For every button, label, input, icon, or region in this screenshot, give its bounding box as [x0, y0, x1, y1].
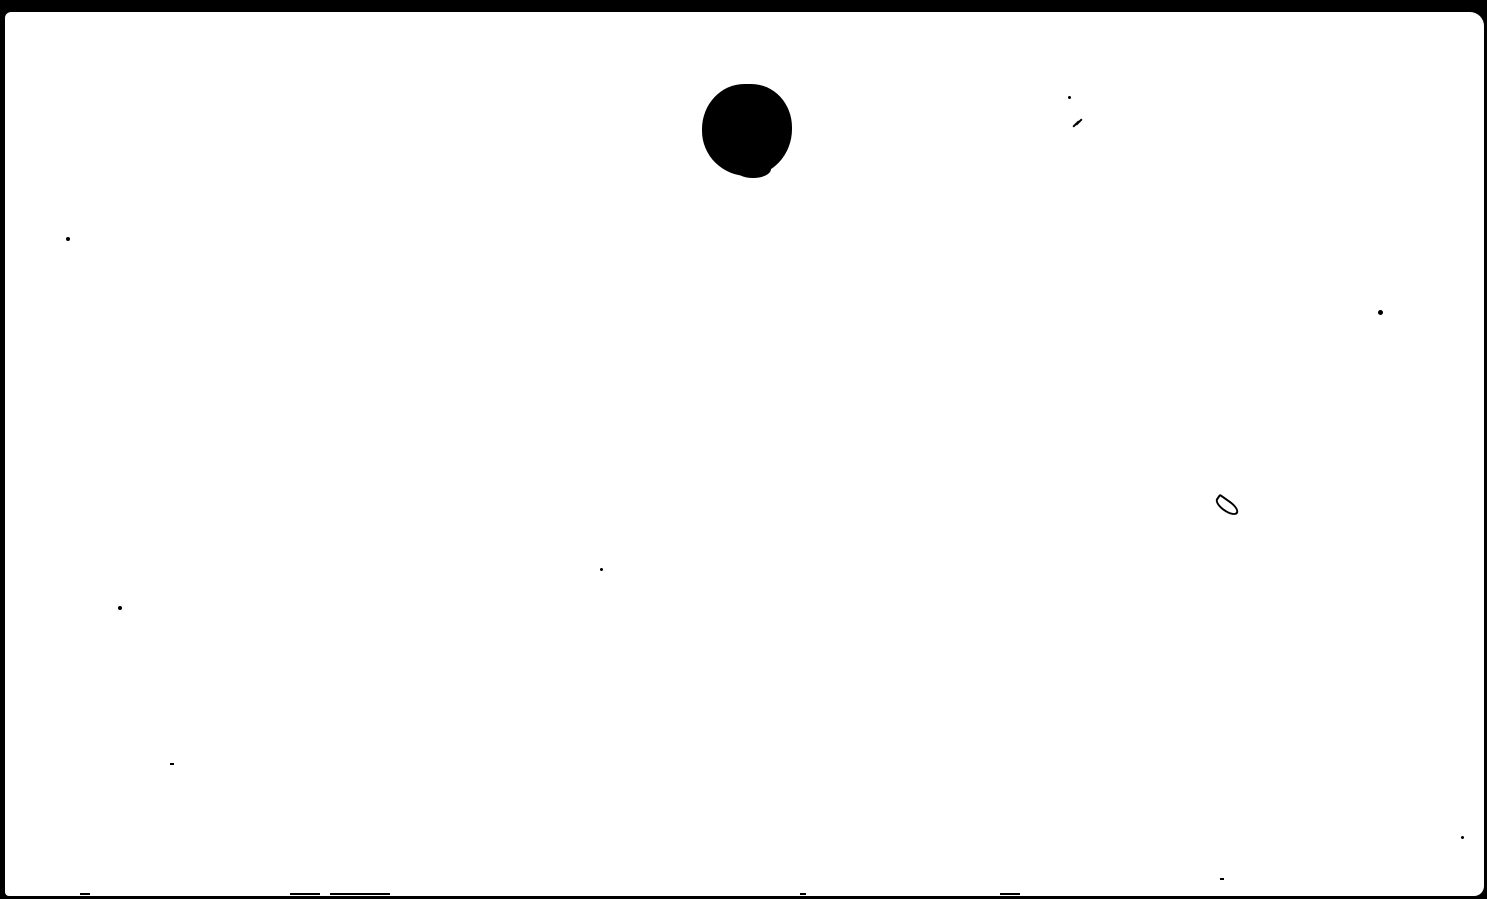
edge-dash: [330, 893, 390, 895]
speck: [66, 237, 70, 241]
speck: [170, 763, 174, 765]
ink-blot-tail: [735, 160, 771, 178]
speck: [1068, 96, 1071, 99]
speck: [1220, 878, 1224, 880]
edge-dash: [800, 893, 806, 895]
edge-dash: [1000, 893, 1020, 895]
speck: [1378, 310, 1383, 315]
speck: [1461, 836, 1464, 839]
speck: [600, 568, 603, 571]
edge-dash: [80, 893, 90, 895]
edge-dash: [290, 893, 320, 895]
speck: [118, 606, 122, 610]
